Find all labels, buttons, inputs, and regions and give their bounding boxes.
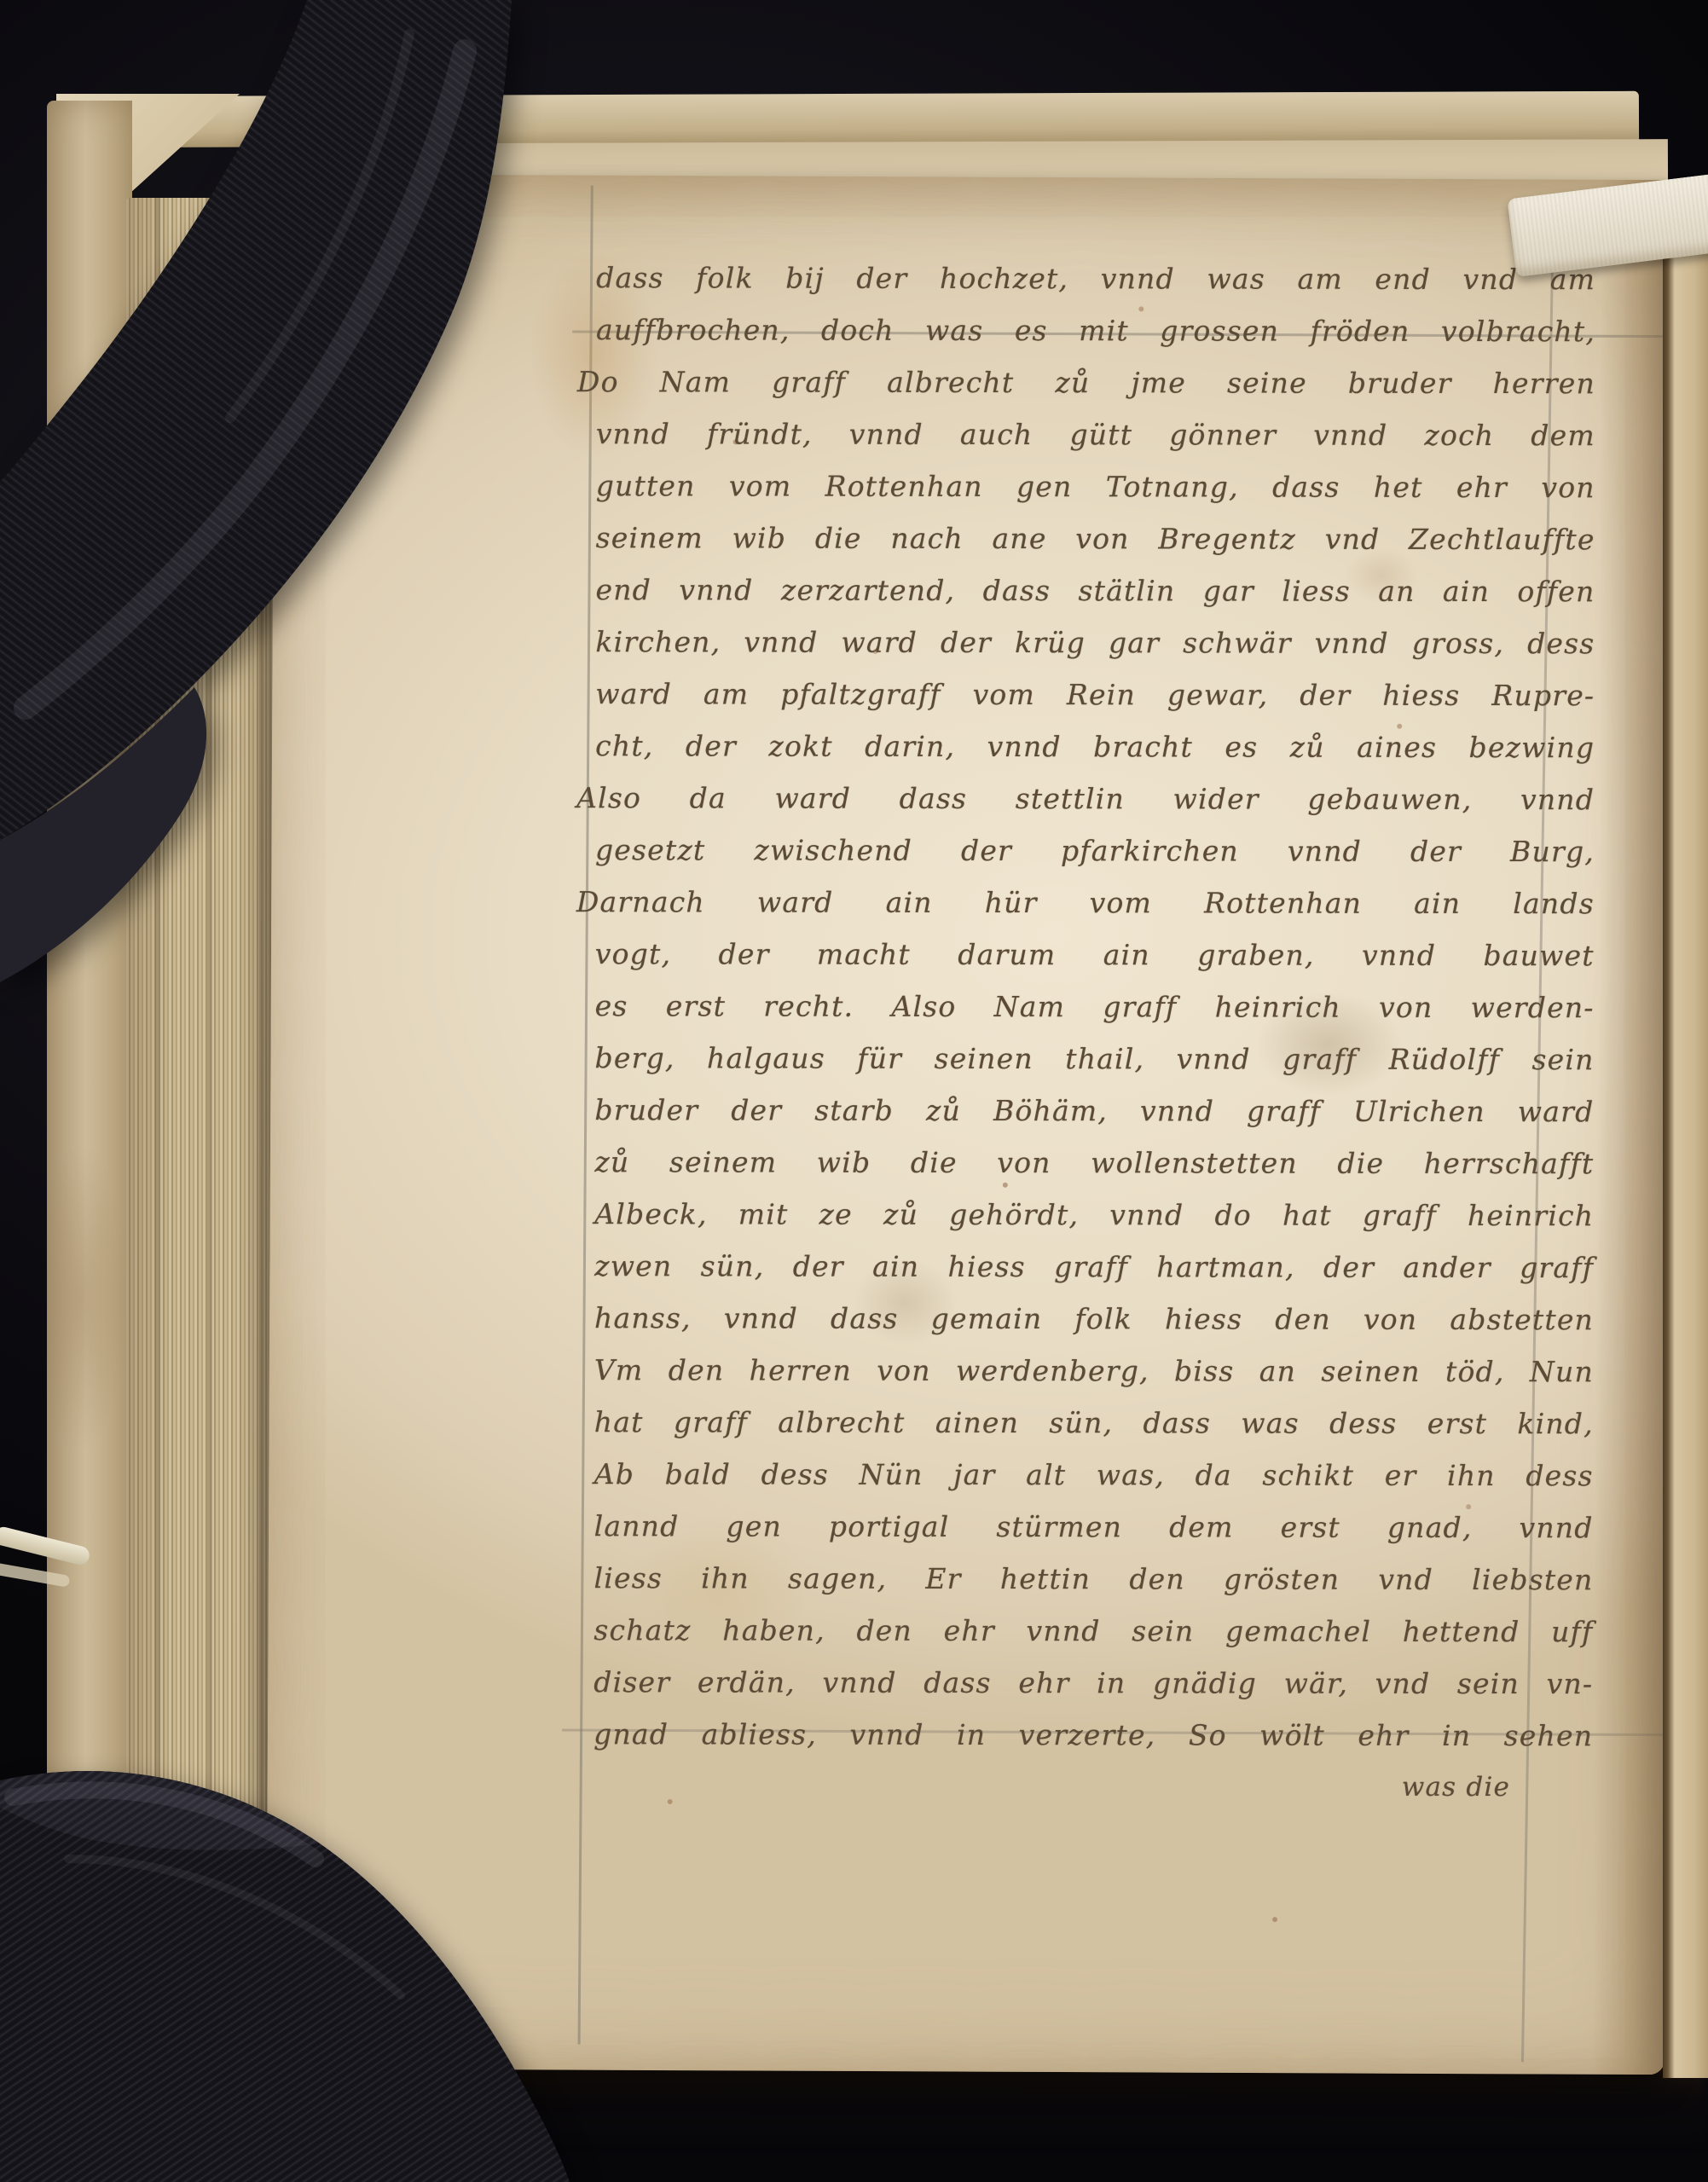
gutter-shading [1592,180,1673,2075]
manuscript-line: hanss, vnnd dass gemain folk hiess den v… [594,1292,1594,1346]
manuscript-photo: dass folk bij der hochzet, vnnd was am e… [0,0,1708,2182]
manuscript-line: hat graff albrecht ainen sün, dass was d… [594,1396,1594,1450]
velvet-ribbon-top-left [0,0,1066,1279]
manuscript-line: Ab bald dess Nün jar alt was, da schikt … [594,1448,1594,1502]
manuscript-line: lannd gen portigal stürmen dem erst gnad… [594,1500,1594,1554]
velvet-ribbon-bottom-left [0,1577,767,2182]
manuscript-line: Vm den herren von werdenberg, biss an se… [594,1344,1594,1398]
gutter-next-leaf [1663,189,1708,2078]
